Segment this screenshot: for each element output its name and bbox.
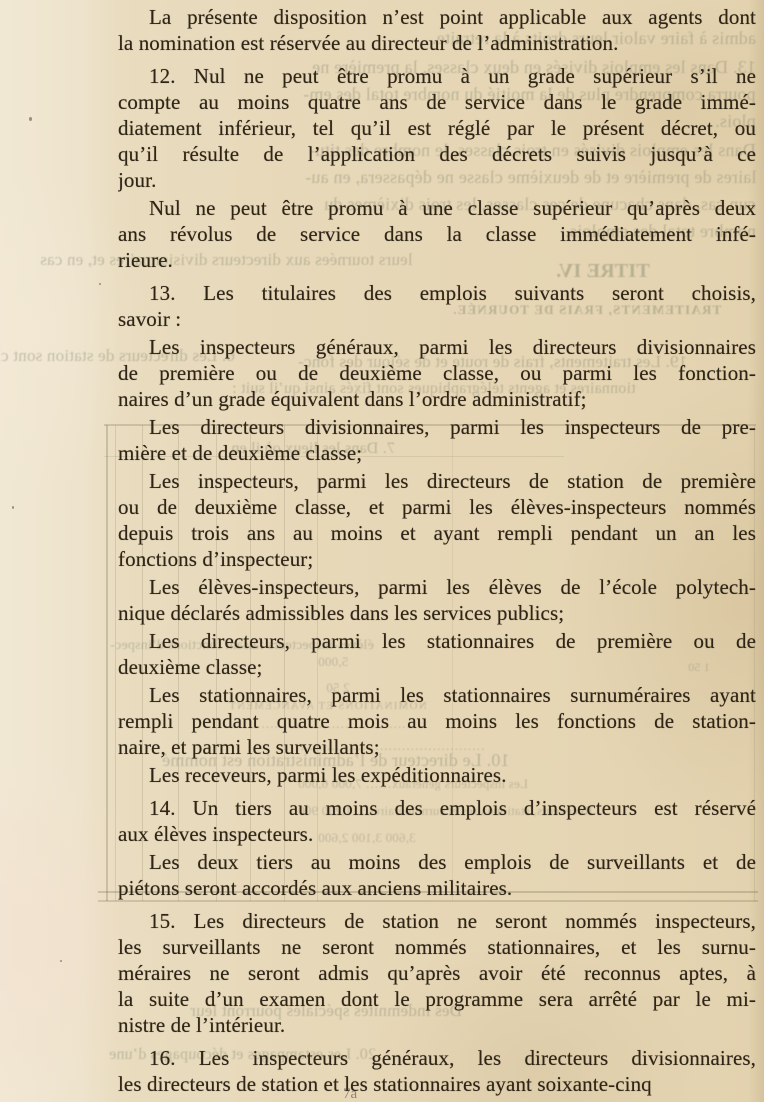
text-line: la nomination est réservée au directeur … xyxy=(118,30,756,56)
paragraph: Les deux tiers au moins des emplois de s… xyxy=(118,849,756,901)
text-line: 13. Les titulaires des emplois suivants … xyxy=(118,280,756,306)
numbered-paragraph: 15. Les directeurs de station ne seront … xyxy=(118,908,756,1038)
paragraph: Les élèves-inspecteurs, parmi les élèves… xyxy=(118,574,756,626)
paragraph: Nul ne peut être promu à une classe supé… xyxy=(118,195,756,273)
text-line: Les directeurs divisionnaires, parmi les… xyxy=(118,414,756,440)
text-line: Les élèves-inspecteurs, parmi les élèves… xyxy=(118,574,756,600)
paper-speck xyxy=(12,506,14,509)
text-line: qu’il résulte de l’application des décre… xyxy=(118,141,756,167)
text-line: méraires ne seront admis qu’après avoir … xyxy=(118,960,756,986)
paragraph: Les inspecteurs, parmi les directeurs de… xyxy=(118,468,756,572)
text-line: Les receveurs, parmi les expéditionnaire… xyxy=(118,762,756,788)
paragraph: Les directeurs divisionnaires, parmi les… xyxy=(118,414,756,466)
paragraph: Les inspecteurs généraux, parmi les dire… xyxy=(118,334,756,412)
paragraph: Les receveurs, parmi les expéditionnaire… xyxy=(118,762,756,788)
signature-mark: 7a xyxy=(343,1086,357,1102)
text-line: Nul ne peut être promu à une classe supé… xyxy=(118,195,756,221)
text-line: deuxième classe; xyxy=(118,654,756,680)
text-line: Les inspecteurs, parmi les directeurs de… xyxy=(118,468,756,494)
text-line: rempli pendant quatre mois au moins les … xyxy=(118,708,756,734)
numbered-paragraph: 13. Les titulaires des emplois suivants … xyxy=(118,280,756,332)
text-line: 15. Les directeurs de station ne seront … xyxy=(118,908,756,934)
text-line: Les deux tiers au moins des emplois de s… xyxy=(118,849,756,875)
text-line: les directeurs de station et les station… xyxy=(118,1071,756,1097)
text-line: mière et de deuxième classe; xyxy=(118,440,756,466)
text-line: la suite d’un examen dont le programme s… xyxy=(118,986,756,1012)
text-line: nistre de l’intérieur. xyxy=(118,1012,756,1038)
text-line: naire, et parmi les surveillants; xyxy=(118,734,756,760)
text-line: compte au moins quatre ans de service da… xyxy=(118,89,756,115)
text-line: La présente disposition n’est point appl… xyxy=(118,4,756,30)
text-line: 12. Nul ne peut être promu à un grade su… xyxy=(118,63,756,89)
paper-speck xyxy=(29,117,32,121)
numbered-paragraph: 12. Nul ne peut être promu à un grade su… xyxy=(118,63,756,193)
text-line: Les directeurs, parmi les stationnaires … xyxy=(118,628,756,654)
paper-speck xyxy=(60,960,62,962)
numbered-paragraph: 16. Les inspecteurs généraux, les direct… xyxy=(118,1045,756,1097)
text-block: La présente disposition n’est point appl… xyxy=(118,4,756,1097)
text-line: fonctions d’inspecteur; xyxy=(118,546,756,572)
paragraph: La présente disposition n’est point appl… xyxy=(118,4,756,56)
text-line: rieure. xyxy=(118,247,756,273)
book-page: admis à faire valoir leurs droits à la r… xyxy=(0,0,764,1102)
paper-speck xyxy=(741,348,743,350)
paragraph: Les directeurs, parmi les stationnaires … xyxy=(118,628,756,680)
paper-speck xyxy=(99,283,101,285)
text-line: jour. xyxy=(118,167,756,193)
numbered-paragraph: 14. Un tiers au moins des emplois d’insp… xyxy=(118,795,756,847)
text-line: naires d’un grade équivalent dans l’ordr… xyxy=(118,386,756,412)
text-line: nique déclarés admissibles dans les serv… xyxy=(118,600,756,626)
text-line: 14. Un tiers au moins des emplois d’insp… xyxy=(118,795,756,821)
table-line xyxy=(115,425,116,901)
text-line: diatement inférieur, tel qu’il est réglé… xyxy=(118,115,756,141)
text-line: les surveillants ne seront nommés statio… xyxy=(118,934,756,960)
text-line: 16. Les inspecteurs généraux, les direct… xyxy=(118,1045,756,1071)
text-line: ou de deuxième classe, et parmi les élèv… xyxy=(118,494,756,520)
text-line: depuis trois ans au moins et ayant rempl… xyxy=(118,520,756,546)
text-line: ans révolus de service dans la classe im… xyxy=(118,221,756,247)
table-line xyxy=(106,425,108,901)
text-line: Les inspecteurs généraux, parmi les dire… xyxy=(118,334,756,360)
text-line: savoir : xyxy=(118,306,756,332)
text-line: piétons seront accordés aux anciens mili… xyxy=(118,875,756,901)
text-line: de première ou de deuxième classe, ou pa… xyxy=(118,360,756,386)
text-line: Les stationnaires, parmi les stationnair… xyxy=(118,682,756,708)
paragraph: Les stationnaires, parmi les stationnair… xyxy=(118,682,756,760)
text-line: aux élèves inspecteurs. xyxy=(118,821,756,847)
